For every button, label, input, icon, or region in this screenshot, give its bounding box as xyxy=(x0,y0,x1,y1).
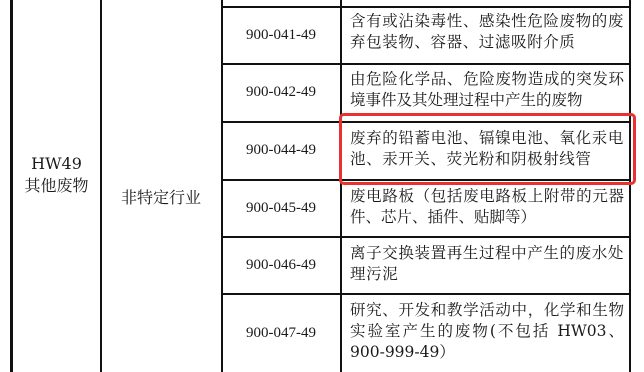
waste-code: 900-041-49 xyxy=(246,27,316,44)
industry-label: 非特定行业 xyxy=(121,187,201,209)
table-row-description: 含有或沾染毒性、感染性危险废物的废弃包装物、容器、过滤吸附介质 xyxy=(350,11,624,53)
category-code: HW49 xyxy=(31,153,82,175)
table-row-description: 离子交换装置再生过程中产生的废水处理污泥 xyxy=(350,243,624,285)
waste-code: 900-045-49 xyxy=(246,200,316,217)
waste-code: 900-042-49 xyxy=(246,84,316,101)
table-right-border xyxy=(629,0,631,372)
table-row-code: 900-047-49 xyxy=(222,294,340,372)
waste-code: 900-047-49 xyxy=(246,325,316,342)
column-divider-3 xyxy=(340,0,342,372)
table-row-code: 900-045-49 xyxy=(222,180,340,236)
highlight-box xyxy=(339,113,636,185)
industry-cell: 非特定行业 xyxy=(101,186,221,210)
waste-category-cell: HW49 其他废物 xyxy=(13,150,100,200)
table-row-code: 900-041-49 xyxy=(222,7,340,63)
table-row-description: 废电路板（包括废电路板上附带的元器件、芯片、插件、贴脚等） xyxy=(350,186,624,228)
table-row-code: 900-042-49 xyxy=(222,64,340,121)
waste-code: 900-044-49 xyxy=(246,142,316,159)
table-row-code: 900-046-49 xyxy=(222,237,340,293)
category-name: 其他废物 xyxy=(24,175,88,197)
waste-code: 900-046-49 xyxy=(246,257,316,274)
table-row-description: 由危险化学品、危险废物造成的突发环境事件及其处理过程中产生的废物 xyxy=(350,69,624,111)
table-row-code: 900-044-49 xyxy=(222,122,340,179)
table-row-description: 研究、开发和教学活动中，化学和生物实验室产生的废物(不包括 HW03、900-9… xyxy=(350,300,624,363)
